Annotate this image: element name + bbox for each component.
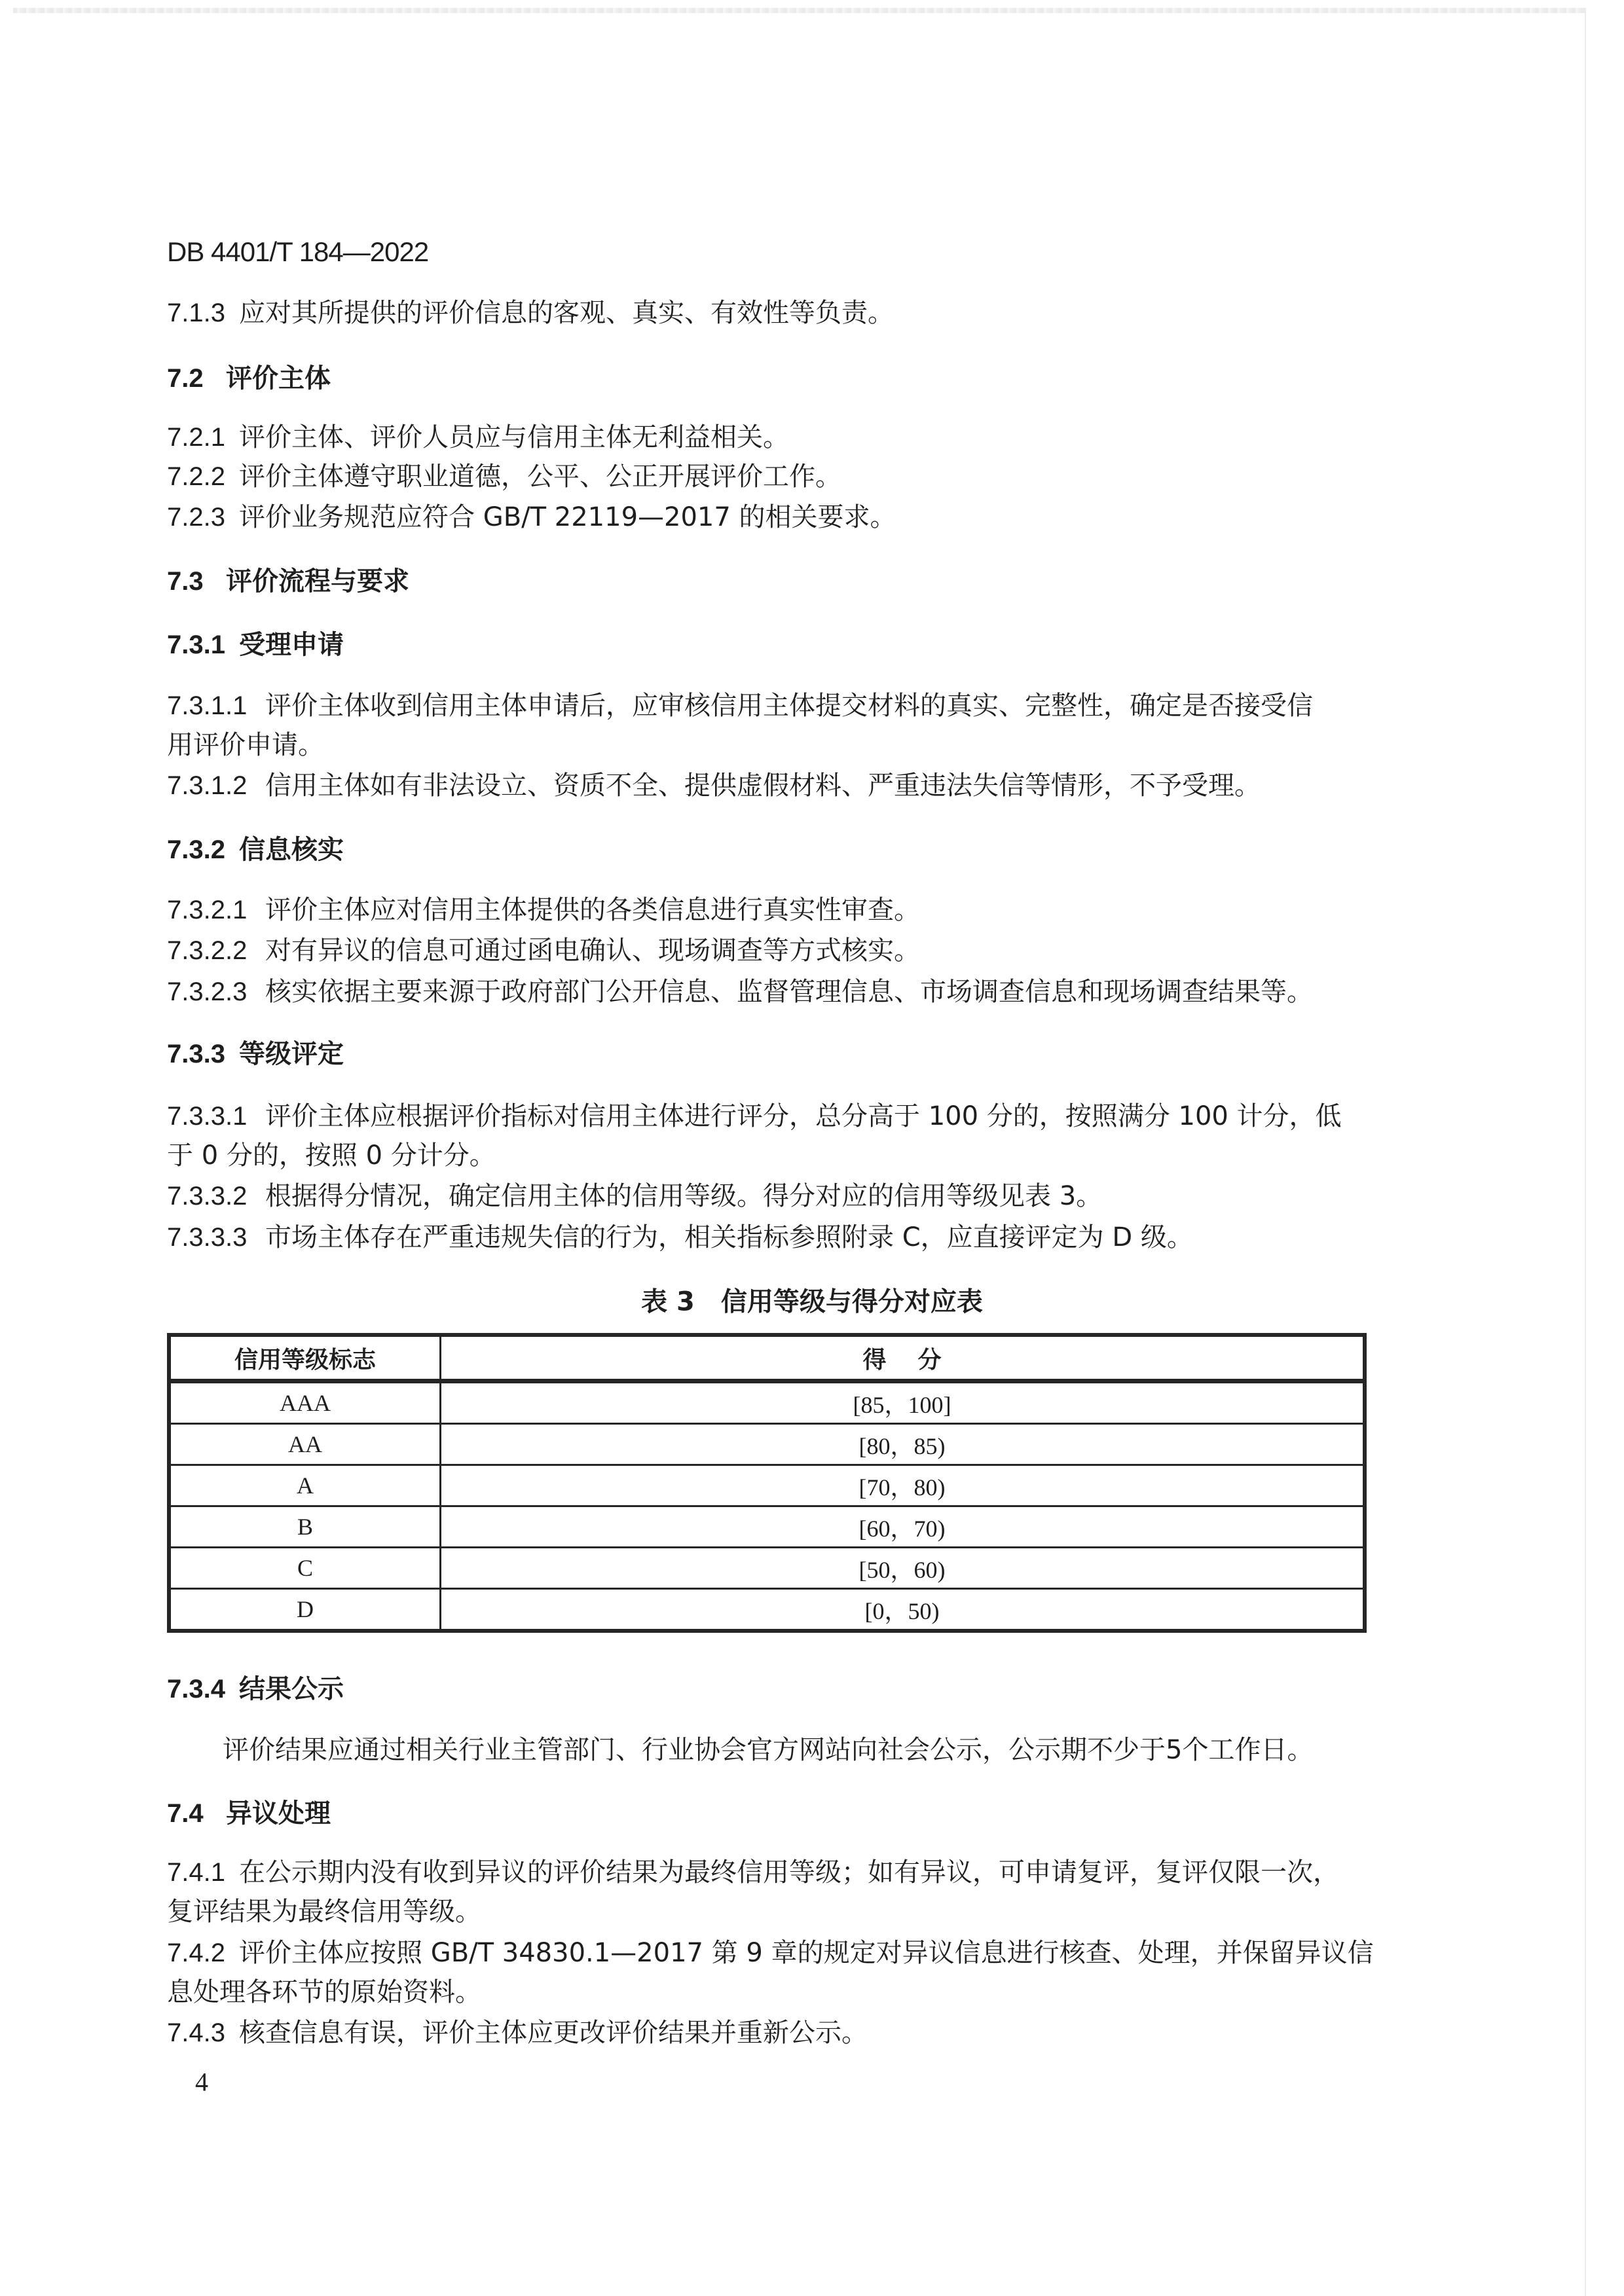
score-cell: [85，100]: [441, 1381, 1365, 1424]
section-heading-7-2: 7.2评价主体: [167, 363, 331, 394]
section-heading-7-4: 7.4异议处理: [167, 1798, 331, 1829]
section-title: 异议处理: [226, 1798, 331, 1829]
clause-number: 7.2.1: [167, 422, 239, 453]
column-header-score-label: 得分: [831, 1347, 972, 1374]
subsection-title: 等级评定: [239, 1039, 344, 1069]
clause-number: 7.3.3.3: [167, 1222, 265, 1253]
grade-cell: B: [169, 1506, 441, 1548]
clause-number: 7.3.1.2: [167, 770, 265, 801]
subsection-heading-7-3-1: 7.3.1受理申请: [167, 629, 344, 661]
table-row: C [50，60): [169, 1548, 1365, 1589]
table-row: A [70，80): [169, 1465, 1365, 1506]
table-header-row: 信用等级标志 得分: [169, 1335, 1365, 1381]
clause-text: 评价业务规范应符合 GB/T 22119—2017 的相关要求。: [239, 502, 896, 532]
subsection-number: 7.3.1: [167, 629, 239, 661]
section-title: 评价流程与要求: [226, 566, 409, 596]
table-row: D [0，50): [169, 1589, 1365, 1631]
subsection-title: 结果公示: [239, 1674, 344, 1704]
table-row: B [60，70): [169, 1506, 1365, 1548]
clause-text: 评价主体应按照 GB/T 34830.1—2017 第 9 章的规定对异议信息进…: [239, 1938, 1374, 1968]
table-caption-number: 表 3: [641, 1287, 695, 1317]
clause-7-3-1-1-continuation: 用评价申请。: [167, 729, 324, 761]
clause-number: 7.2.3: [167, 501, 239, 533]
clause-text: 市场主体存在严重违规失信的行为，相关指标参照附录 C，应直接评定为 D 级。: [265, 1222, 1193, 1252]
clause-number: 7.3.2.2: [167, 935, 265, 966]
credit-grade-score-table: 信用等级标志 得分 AAA [85，100] AA [80，85) A [70，…: [167, 1333, 1367, 1633]
score-cell: [80，85): [441, 1424, 1365, 1465]
subsection-number: 7.3.2: [167, 834, 239, 866]
clause-text: 核实依据主要来源于政府部门公开信息、监督管理信息、市场调查信息和现场调查结果等。: [265, 977, 1313, 1007]
clause-number: 7.3.3.2: [167, 1180, 265, 1212]
clause-7-3-3-1: 7.3.3.1评价主体应根据评价指标对信用主体进行评分，总分高于 100 分的，…: [167, 1101, 1342, 1132]
score-cell: [70，80): [441, 1465, 1365, 1506]
clause-text: 评价主体应对信用主体提供的各类信息进行真实性审查。: [265, 895, 920, 925]
clause-7-4-2-continuation: 息处理各环节的原始资料。: [167, 1977, 481, 2008]
scan-artifact-top: [13, 8, 1585, 13]
document-id-header: DB 4401/T 184—2022: [167, 236, 428, 268]
clause-number: 7.4.3: [167, 2017, 239, 2049]
section-heading-7-3: 7.3评价流程与要求: [167, 566, 409, 597]
clause-number: 7.2.2: [167, 461, 239, 492]
grade-cell: A: [169, 1465, 441, 1506]
clause-text: 对有异议的信息可通过函电确认、现场调查等方式核实。: [265, 936, 920, 966]
subsection-number: 7.3.4: [167, 1673, 239, 1705]
subsection-title: 受理申请: [239, 630, 344, 660]
subsection-heading-7-3-2: 7.3.2信息核实: [167, 834, 344, 866]
clause-text: 评价主体、评价人员应与信用主体无利益相关。: [239, 422, 789, 452]
subsection-heading-7-3-4: 7.3.4结果公示: [167, 1673, 344, 1705]
clause-7-3-3-2: 7.3.3.2根据得分情况，确定信用主体的信用等级。得分对应的信用等级见表 3。: [167, 1180, 1102, 1212]
grade-cell: C: [169, 1548, 441, 1589]
subsection-title: 信息核实: [239, 835, 344, 865]
subsection-heading-7-3-3: 7.3.3等级评定: [167, 1038, 344, 1070]
clause-number: 7.3.3.1: [167, 1101, 265, 1132]
clause-7-1-3: 7.1.3应对其所提供的评价信息的客观、真实、有效性等负责。: [167, 297, 894, 329]
clause-number: 7.3.1.1: [167, 690, 265, 721]
clause-text: 评价主体遵守职业道德，公平、公正开展评价工作。: [239, 462, 841, 492]
clause-text: 应对其所提供的评价信息的客观、真实、有效性等负责。: [239, 298, 894, 328]
score-cell: [60，70): [441, 1506, 1365, 1548]
section-number: 7.4: [167, 1798, 226, 1829]
table-row: AAA [85，100]: [169, 1381, 1365, 1424]
clause-number: 7.3.2.1: [167, 894, 265, 926]
clause-7-3-1-1: 7.3.1.1评价主体收到信用主体申请后，应审核信用主体提交材料的真实、完整性，…: [167, 690, 1313, 721]
section-title: 评价主体: [226, 363, 331, 393]
table-caption-title: 信用等级与得分对应表: [721, 1287, 983, 1317]
grade-cell: AA: [169, 1424, 441, 1465]
clause-number: 7.4.2: [167, 1937, 239, 1969]
clause-7-3-2-1: 7.3.2.1评价主体应对信用主体提供的各类信息进行真实性审查。: [167, 894, 920, 926]
clause-7-3-3-3: 7.3.3.3市场主体存在严重违规失信的行为，相关指标参照附录 C，应直接评定为…: [167, 1222, 1193, 1253]
paragraph-result-publicity: 评价结果应通过相关行业主管部门、行业协会官方网站向社会公示，公示期不少于5个工作…: [223, 1734, 1313, 1766]
score-cell: [0，50): [441, 1589, 1365, 1631]
grade-cell: AAA: [169, 1381, 441, 1424]
clause-text: 核查信息有误，评价主体应更改评价结果并重新公示。: [239, 2018, 868, 2048]
section-number: 7.3: [167, 566, 226, 597]
clause-text: 信用主体如有非法设立、资质不全、提供虚假材料、严重违法失信等情形，不予受理。: [265, 771, 1261, 801]
clause-number: 7.4.1: [167, 1857, 239, 1888]
clause-number: 7.3.2.3: [167, 976, 265, 1008]
clause-7-2-2: 7.2.2评价主体遵守职业道德，公平、公正开展评价工作。: [167, 461, 841, 492]
scan-artifact-right-edge: [1585, 8, 1586, 2296]
clause-7-3-2-2: 7.3.2.2对有异议的信息可通过函电确认、现场调查等方式核实。: [167, 935, 920, 966]
section-number: 7.2: [167, 363, 226, 394]
clause-7-3-3-1-continuation: 于 0 分的，按照 0 分计分。: [167, 1140, 496, 1171]
clause-7-4-3: 7.4.3核查信息有误，评价主体应更改评价结果并重新公示。: [167, 2017, 868, 2049]
clause-text: 在公示期内没有收到异议的评价结果为最终信用等级；如有异议，可申请复评，复评仅限一…: [239, 1857, 1339, 1887]
clause-text: 评价主体收到信用主体申请后，应审核信用主体提交材料的真实、完整性，确定是否接受信: [265, 691, 1313, 721]
clause-7-3-2-3: 7.3.2.3核实依据主要来源于政府部门公开信息、监督管理信息、市场调查信息和现…: [167, 976, 1313, 1008]
column-header-score: 得分: [441, 1335, 1365, 1381]
subsection-number: 7.3.3: [167, 1038, 239, 1070]
clause-text: 评价主体应根据评价指标对信用主体进行评分，总分高于 100 分的，按照满分 10…: [265, 1101, 1342, 1131]
clause-7-2-1: 7.2.1评价主体、评价人员应与信用主体无利益相关。: [167, 422, 789, 453]
clause-text: 根据得分情况，确定信用主体的信用等级。得分对应的信用等级见表 3。: [265, 1181, 1102, 1211]
table-row: AA [80，85): [169, 1424, 1365, 1465]
grade-cell: D: [169, 1589, 441, 1631]
clause-7-4-1-continuation: 复评结果为最终信用等级。: [167, 1896, 481, 1927]
clause-7-3-1-2: 7.3.1.2信用主体如有非法设立、资质不全、提供虚假材料、严重违法失信等情形，…: [167, 770, 1261, 801]
table-caption: 表 3信用等级与得分对应表: [0, 1281, 1624, 1319]
clause-7-2-3: 7.2.3评价业务规范应符合 GB/T 22119—2017 的相关要求。: [167, 501, 896, 533]
score-cell: [50，60): [441, 1548, 1365, 1589]
clause-7-4-1: 7.4.1在公示期内没有收到异议的评价结果为最终信用等级；如有异议，可申请复评，…: [167, 1857, 1339, 1888]
page-number: 4: [195, 2067, 208, 2098]
clause-number: 7.1.3: [167, 297, 239, 329]
column-header-grade: 信用等级标志: [169, 1335, 441, 1381]
clause-7-4-2: 7.4.2评价主体应按照 GB/T 34830.1—2017 第 9 章的规定对…: [167, 1937, 1374, 1969]
